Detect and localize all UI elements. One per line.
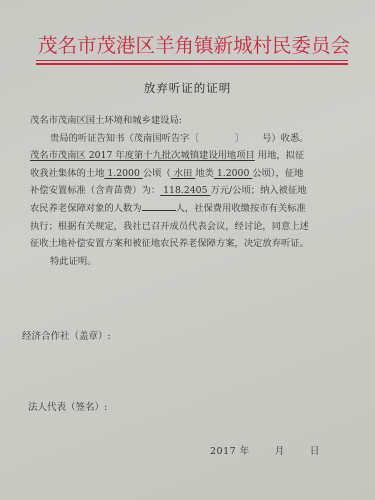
pension-count-blank (142, 201, 176, 211)
paragraph-project-line1: 茂名市茂南区 2017 年度第十九批次城镇建设用地项目 用地，拟征 (30, 147, 352, 165)
cooperative-seal-label: 经济合作社（盖章）: (22, 328, 111, 342)
land-area-value: 1.2000 (104, 168, 142, 179)
date-year: 2017 (210, 446, 236, 457)
paragraph-project-line5: 执行；根据有关规定，我社已召开成员代表会议，经讨论，同意上述 (30, 218, 352, 236)
paragraph-project-line4: 农民养老保障对象的人数为人，社保费用收缴按市有关标准 (30, 200, 352, 218)
compensation-value: 118.2405 (160, 185, 210, 196)
land-type-value: 水田 (171, 168, 196, 179)
signature-date: 2017 年 月 日 (210, 443, 320, 457)
paragraph-notice: 贵局的听证告知书（茂南国听告字〔〕号）收悉。 (30, 130, 352, 148)
paragraph-project-line3: 补偿安置标准（含青苗费）为： 118.2405 万元/公顷；纳入被征地 (30, 182, 352, 200)
paragraph-project-line6: 征收土地补偿安置方案和被征地农民养老保障方案，决定放弃听证。 (30, 235, 352, 253)
closing-statement: 特此证明。 (30, 253, 352, 271)
document-body: 茂名市茂南区国土环境和城乡建设局: 贵局的听证告知书（茂南国听告字〔〕号）收悉。… (30, 112, 352, 270)
land-type-area-value: 1.2000 (214, 168, 252, 179)
project-name: 茂名市茂南区 2017 年度第十九批次城镇建设用地项目 (30, 150, 255, 161)
paragraph-project-line2: 收我社集体的土地 1.2000 公顷（ 水田 地类 1.2000 公顷），征地 (30, 165, 352, 183)
letterhead-organization: 茂名市茂港区羊角镇新城村民委员会 (38, 30, 348, 58)
letterhead-rule-thin (36, 60, 348, 61)
document-page: 茂名市茂港区羊角镇新城村民委员会 放弃听证的证明 茂名市茂南区国土环境和城乡建设… (0, 0, 375, 500)
addressee: 茂名市茂南区国土环境和城乡建设局: (30, 112, 352, 130)
legal-representative-label: 法人代表（签名）: (28, 399, 107, 413)
document-title: 放弃听证的证明 (0, 80, 375, 96)
letterhead-rule-thick (36, 63, 348, 65)
